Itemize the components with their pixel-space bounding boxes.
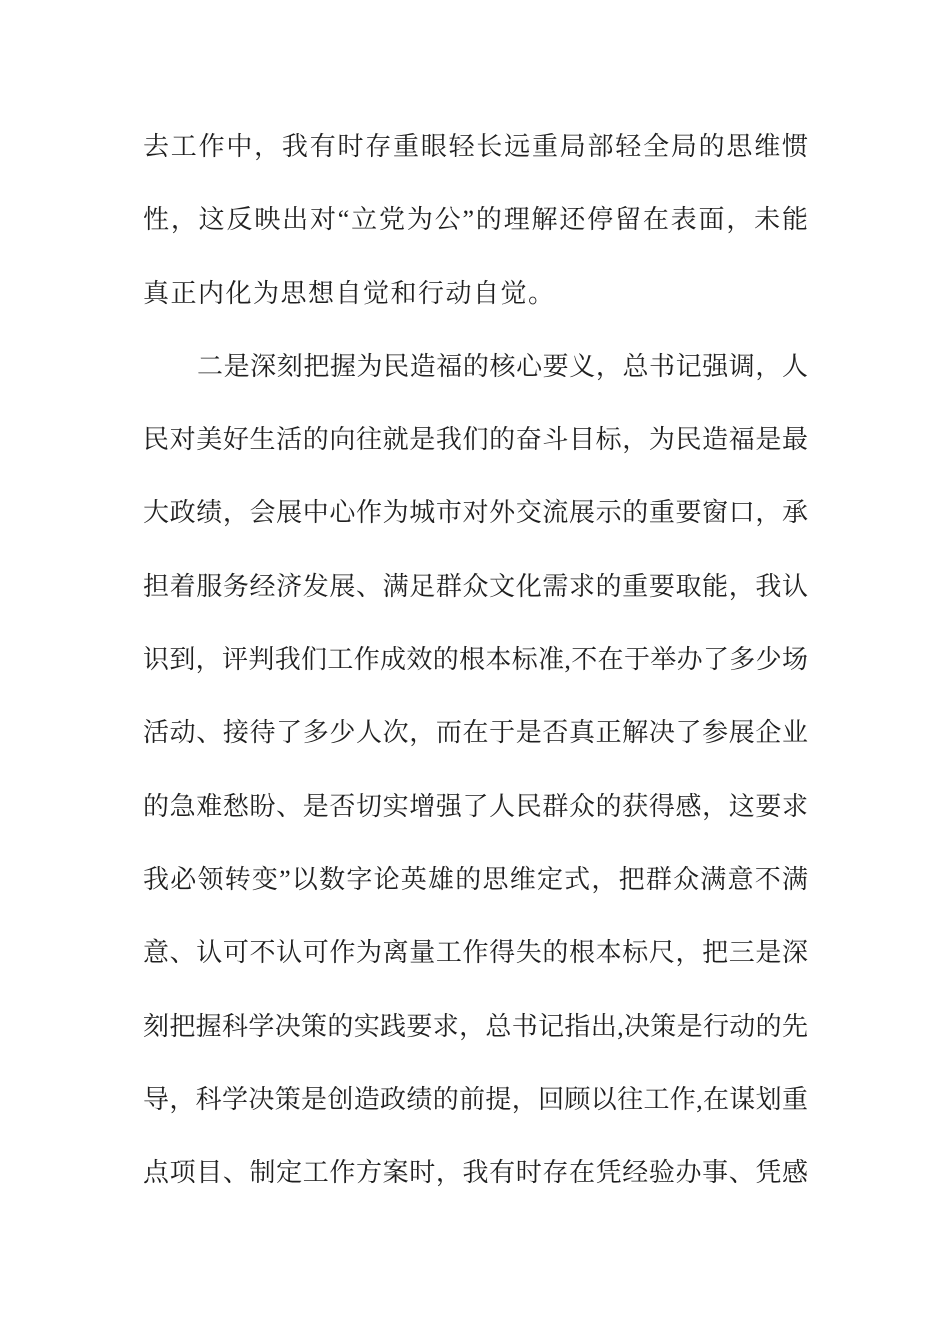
text-line-13: 刻把握科学决策的实践要求，总书记指出,决策是行动的先	[143, 990, 808, 1063]
text-line-14: 导，科学决策是创造政绩的前提，回顾以往工作,在谋划重	[143, 1063, 808, 1136]
text-line-9: 活动、接待了多少人次，而在于是否真正解决了参展企业	[143, 696, 808, 769]
text-line-15: 点项目、制定工作方案时，我有时存在凭经验办事、凭感	[143, 1136, 808, 1209]
text-line-4: 二是深刻把握为民造福的核心要义，总书记强调，人	[143, 330, 808, 403]
text-line-3: 真正内化为思想自觉和行动自觉。	[143, 257, 808, 330]
text-line-10: 的急难愁盼、是否切实增强了人民群众的获得感，这要求	[143, 770, 808, 843]
text-line-6: 大政绩，会展中心作为城市对外交流展示的重要窗口，承	[143, 476, 808, 549]
text-line-1: 去工作中，我有时存重眼轻长远重局部轻全局的思维惯	[143, 110, 808, 183]
text-line-8: 识到，评判我们工作成效的根本标准,不在于举办了多少场	[143, 623, 808, 696]
text-line-5: 民对美好生活的向往就是我们的奋斗目标，为民造福是最	[143, 403, 808, 476]
text-line-11: 我必领转变”以数字论英雄的思维定式，把群众满意不满	[143, 843, 808, 916]
text-line-7: 担着服务经济发展、满足群众文化需求的重要取能，我认	[143, 550, 808, 623]
document-text-block: 去工作中，我有时存重眼轻长远重局部轻全局的思维惯 性，这反映出对“立党为公”的理…	[143, 110, 808, 1209]
text-line-12: 意、认可不认可作为离量工作得失的根本标尺，把三是深	[143, 916, 808, 989]
document-page: 去工作中，我有时存重眼轻长远重局部轻全局的思维惯 性，这反映出对“立党为公”的理…	[0, 0, 950, 1344]
text-line-2: 性，这反映出对“立党为公”的理解还停留在表面，未能	[143, 183, 808, 256]
